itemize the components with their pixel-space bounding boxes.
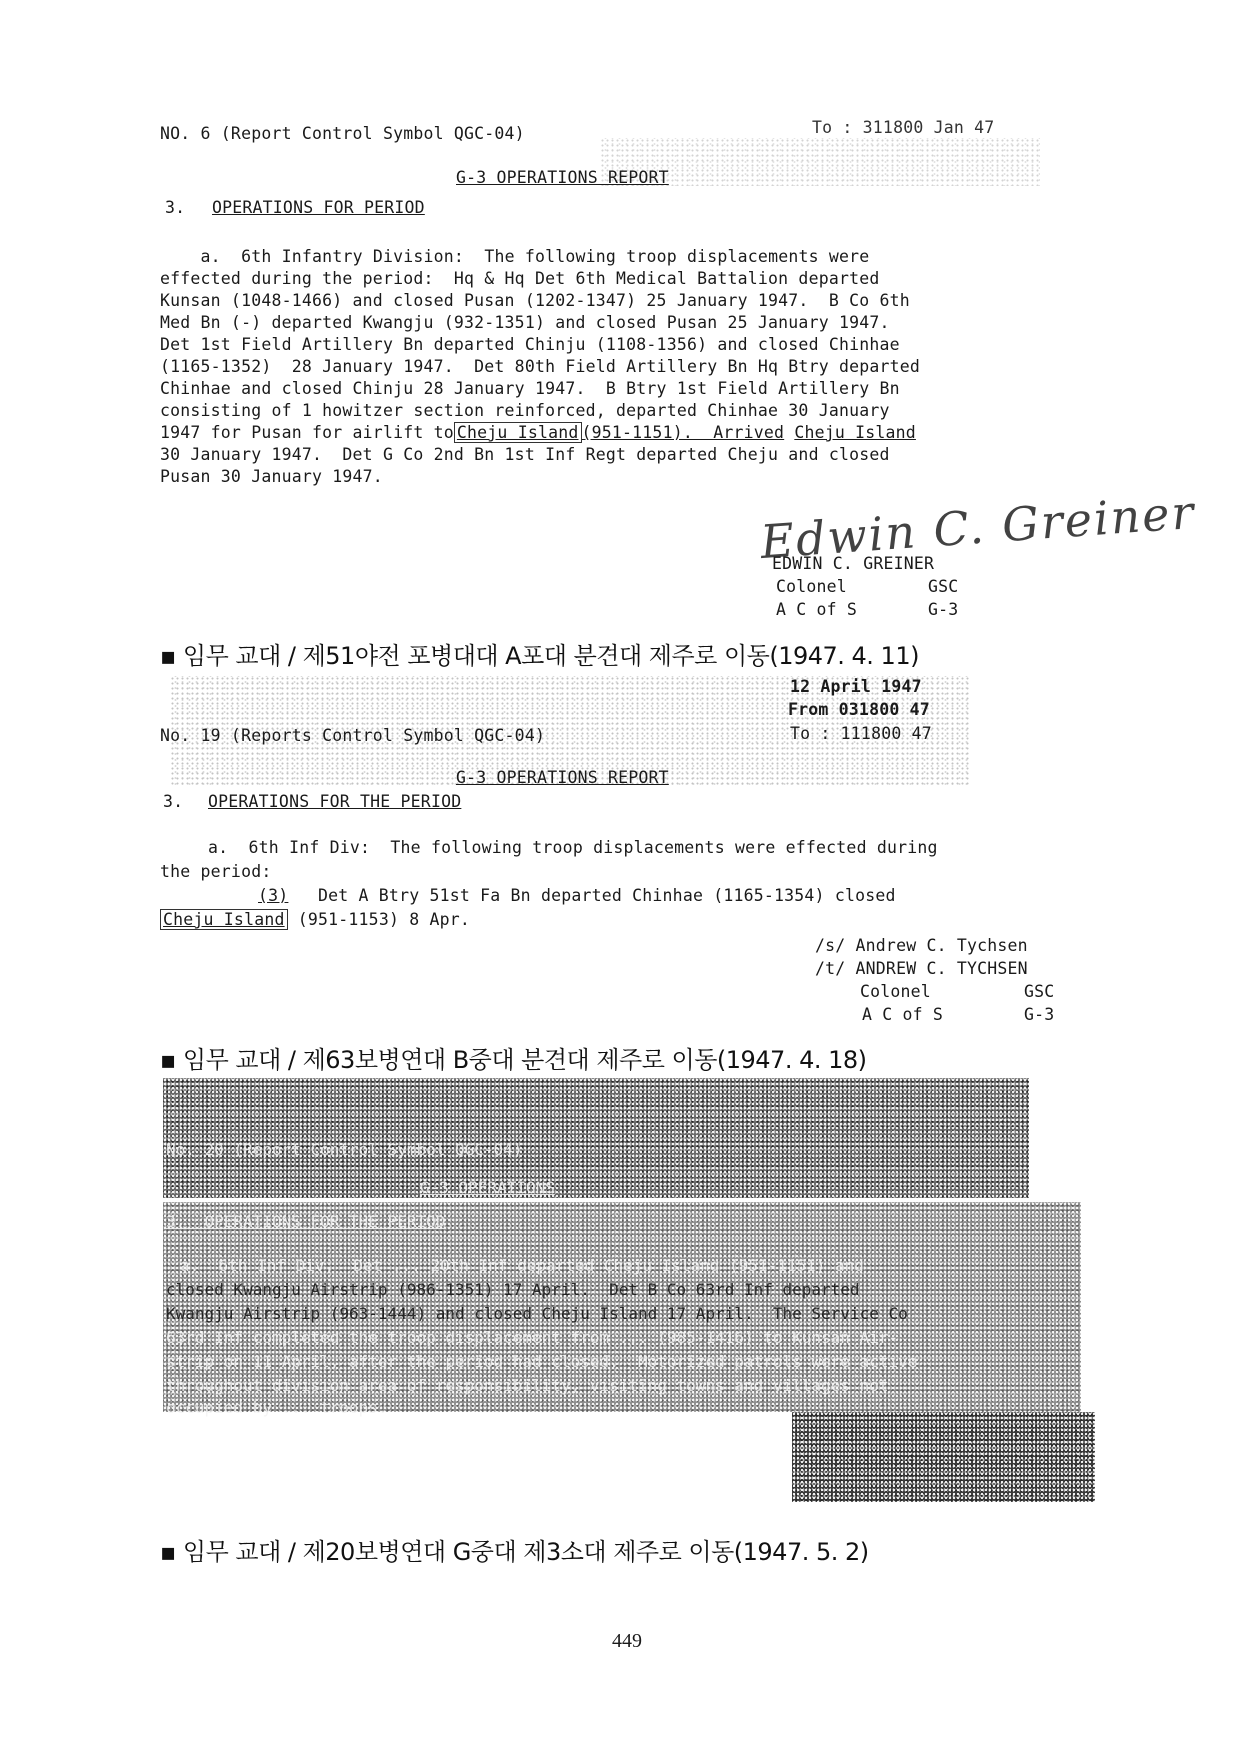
report2-item-text: Det A Btry 51st Fa Bn departed Chinhae (… xyxy=(318,886,896,905)
report2-sig-s: /s/ Andrew C. Tychsen xyxy=(815,936,1028,955)
caption-2: ▪ 임무 교대 / 제63보병연대 B중대 분견대 제주로 이동(1947. 4… xyxy=(160,1040,867,1075)
report3-line: a. 6th Inf Div: Det ... 20th Inf departe… xyxy=(180,1256,864,1275)
report2-signer-dept: G-3 xyxy=(1024,1005,1054,1024)
report3-line: 63rd Inf completed the troop displacemen… xyxy=(166,1328,898,1347)
caption-3: ▪ 임무 교대 / 제20보병연대 G중대 제3소대 제주로 이동(1947. … xyxy=(160,1532,869,1567)
report2-date: 12 April 1947 xyxy=(790,677,922,696)
report2-item-num: (3) xyxy=(258,886,288,905)
report1-signer-rank: Colonel xyxy=(776,577,847,596)
report2-header-left: No. 19 (Reports Control Symbol QGC-04) xyxy=(160,726,545,745)
report2-from: From 031800 47 xyxy=(788,700,930,719)
caption-1: ▪ 임무 교대 / 제51야전 포병대대 A포대 분견대 제주로 이동(1947… xyxy=(160,636,919,671)
report2-section-num: 3. xyxy=(163,792,183,811)
report3-line: strip on 11 April, after the period had … xyxy=(166,1352,917,1371)
place-cheju-island: Cheju Island xyxy=(160,909,288,930)
report1-header-right: To : 311800 Jan 47 xyxy=(812,118,994,137)
report2-signer-branch: GSC xyxy=(1024,982,1054,1001)
page-number: 449 xyxy=(612,1630,642,1653)
report2-item-line2: Cheju Island (951-1153) 8 Apr. xyxy=(160,910,470,929)
report2-to: To : 111800 47 xyxy=(790,724,932,743)
report2-para-line1: a. 6th Inf Div: The following troop disp… xyxy=(208,838,938,857)
report1-header-left: NO. 6 (Report Control Symbol QGC-04) xyxy=(160,124,525,143)
report1-section-num: 3. xyxy=(165,198,185,217)
report2-signer-rank: Colonel xyxy=(860,982,931,1001)
place-cheju-island: Cheju Island xyxy=(454,422,582,443)
report2-sig-t: /t/ ANDREW C. TYCHSEN xyxy=(815,959,1028,978)
report3-section-title: 3. OPERATIONS FOR THE PERIOD xyxy=(166,1212,445,1231)
report3-line: closed Kwangju Airstrip (986-1351) 17 Ap… xyxy=(166,1280,860,1299)
report2-para-line2: the period: xyxy=(160,862,271,881)
report2-title: G-3 OPERATIONS REPORT xyxy=(456,768,669,787)
report1-paragraph: a. 6th Infantry Division: The following … xyxy=(160,246,1040,488)
report1-signer-dept: G-3 xyxy=(928,600,958,619)
report1-signer-branch: GSC xyxy=(928,577,958,596)
report3-header-left: No. 20 (Report Control Symbol QGC-04) xyxy=(166,1140,522,1159)
report3-line: Kwangju Airstrip (963-1444) and closed C… xyxy=(166,1304,908,1323)
report1-section-title: OPERATIONS FOR PERIOD xyxy=(212,198,425,217)
degraded-scan-block xyxy=(792,1412,1095,1502)
report3-line: throughout division area of responsibili… xyxy=(166,1376,888,1395)
report3-line: occupied by ... troops. xyxy=(166,1398,388,1417)
report2-section-title: OPERATIONS FOR THE PERIOD xyxy=(208,792,461,811)
degraded-scan-block xyxy=(163,1078,1029,1198)
report3-title: G-3 OPERATIONS xyxy=(420,1178,555,1197)
report2-signer-title: A C of S xyxy=(862,1005,943,1024)
report1-signer-name: EDWIN C. GREINER xyxy=(772,554,934,573)
report1-title: G-3 OPERATIONS REPORT xyxy=(456,168,669,187)
report1-signer-title: A C of S xyxy=(776,600,857,619)
